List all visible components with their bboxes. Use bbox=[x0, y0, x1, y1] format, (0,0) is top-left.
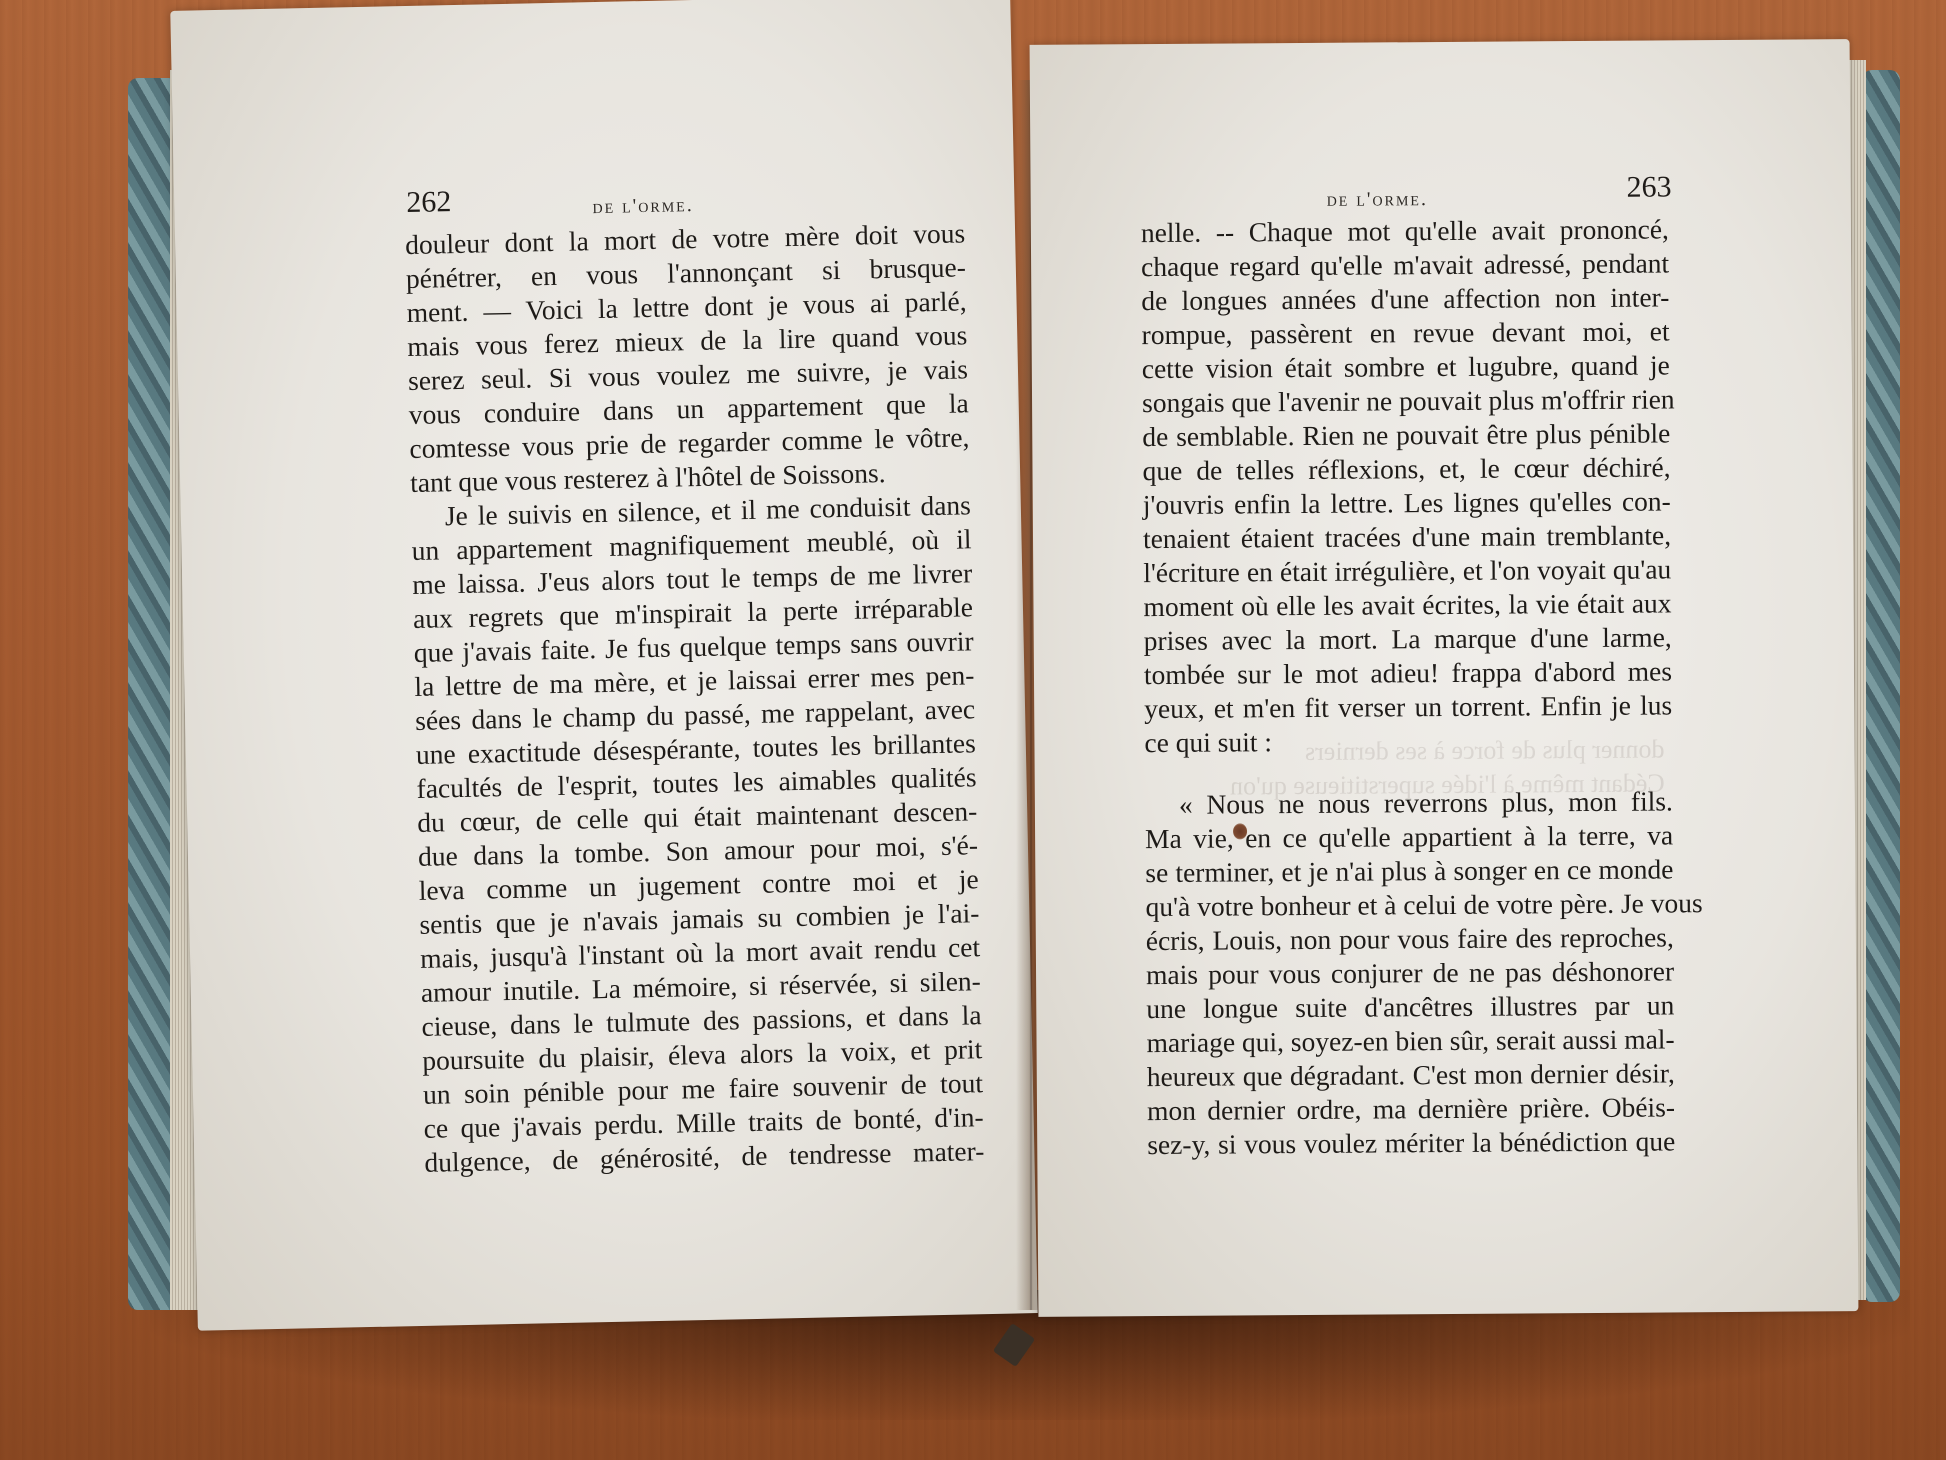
letter-line: « Nous ne nous reverrons plus, mon fils. bbox=[1145, 784, 1673, 822]
left-page: 262 de l'orme. douleur dont la mort de v… bbox=[170, 0, 1037, 1331]
foxing-stain bbox=[1233, 823, 1247, 839]
text-line: yeux, et m'en fit verser un torrent. Enf… bbox=[1144, 688, 1672, 726]
letter-line: une longue suite d'ancêtres illustres pa… bbox=[1146, 988, 1674, 1026]
text-line: l'écriture en était irrégulière, et l'on… bbox=[1143, 552, 1671, 590]
text-line: prises avec la mort. La marque d'une lar… bbox=[1144, 620, 1672, 658]
letter-line: sez-y, si vous voulez mériter la bénédic… bbox=[1147, 1124, 1675, 1162]
marbled-cover-right bbox=[1862, 70, 1900, 1302]
text-line: tombée sur le mot adieu! frappa d'abord … bbox=[1144, 654, 1672, 692]
letter-line: mais pour vous conjurer de ne pas déshon… bbox=[1146, 954, 1674, 992]
page-number-left: 262 bbox=[406, 185, 452, 220]
left-page-body: douleur dont la mort de votre mère doit … bbox=[405, 216, 985, 1180]
running-head-left: de l'orme. bbox=[592, 194, 694, 219]
text-line: cette vision était sombre et lugubre, qu… bbox=[1142, 348, 1670, 386]
letter-line: mon dernier ordre, ma dernière prière. O… bbox=[1147, 1090, 1675, 1128]
text-line: tenaient étaient tracées d'une main trem… bbox=[1143, 518, 1671, 556]
right-page: de l'orme. 263 donner plus de force à se… bbox=[1030, 39, 1859, 1317]
paragraph-gap bbox=[1145, 756, 1673, 788]
page-number-right: 263 bbox=[1626, 170, 1671, 204]
letter-line: Ma vie, en ce qu'elle appartient à la te… bbox=[1145, 818, 1673, 856]
running-head-right: de l'orme. bbox=[1327, 188, 1428, 212]
letter-line: mariage qui, soyez-en bien sûr, serait a… bbox=[1146, 1022, 1674, 1060]
letter-line: se terminer, et je n'ai plus à songer en… bbox=[1145, 852, 1673, 890]
text-line: de semblable. Rien ne pouvait être plus … bbox=[1142, 416, 1670, 454]
text-line: j'ouvris enfin la lettre. Les lignes qu'… bbox=[1143, 484, 1671, 522]
text-line: songais que l'avenir ne pouvait plus m'o… bbox=[1142, 382, 1670, 420]
text-line: moment où elle les avait écrites, la vie… bbox=[1143, 586, 1671, 624]
text-line: chaque regard qu'elle m'avait adressé, p… bbox=[1141, 246, 1669, 284]
right-page-body: nelle. -- Chaque mot qu'elle avait prono… bbox=[1141, 212, 1676, 1162]
text-line: ce qui suit : bbox=[1144, 722, 1672, 760]
letter-line: heureux que dégradant. C'est mon dernier… bbox=[1147, 1056, 1675, 1094]
letter-line: qu'à votre bonheur et à celui de votre p… bbox=[1145, 886, 1673, 924]
letter-line: écris, Louis, non pour vous faire des re… bbox=[1146, 920, 1674, 958]
text-line: nelle. -- Chaque mot qu'elle avait prono… bbox=[1141, 212, 1669, 250]
text-line: que de telles réflexions, et, le cœur dé… bbox=[1142, 450, 1670, 488]
text-line: de longues années d'une affection non in… bbox=[1141, 280, 1669, 318]
text-line: rompue, passèrent en revue devant moi, e… bbox=[1141, 314, 1669, 352]
